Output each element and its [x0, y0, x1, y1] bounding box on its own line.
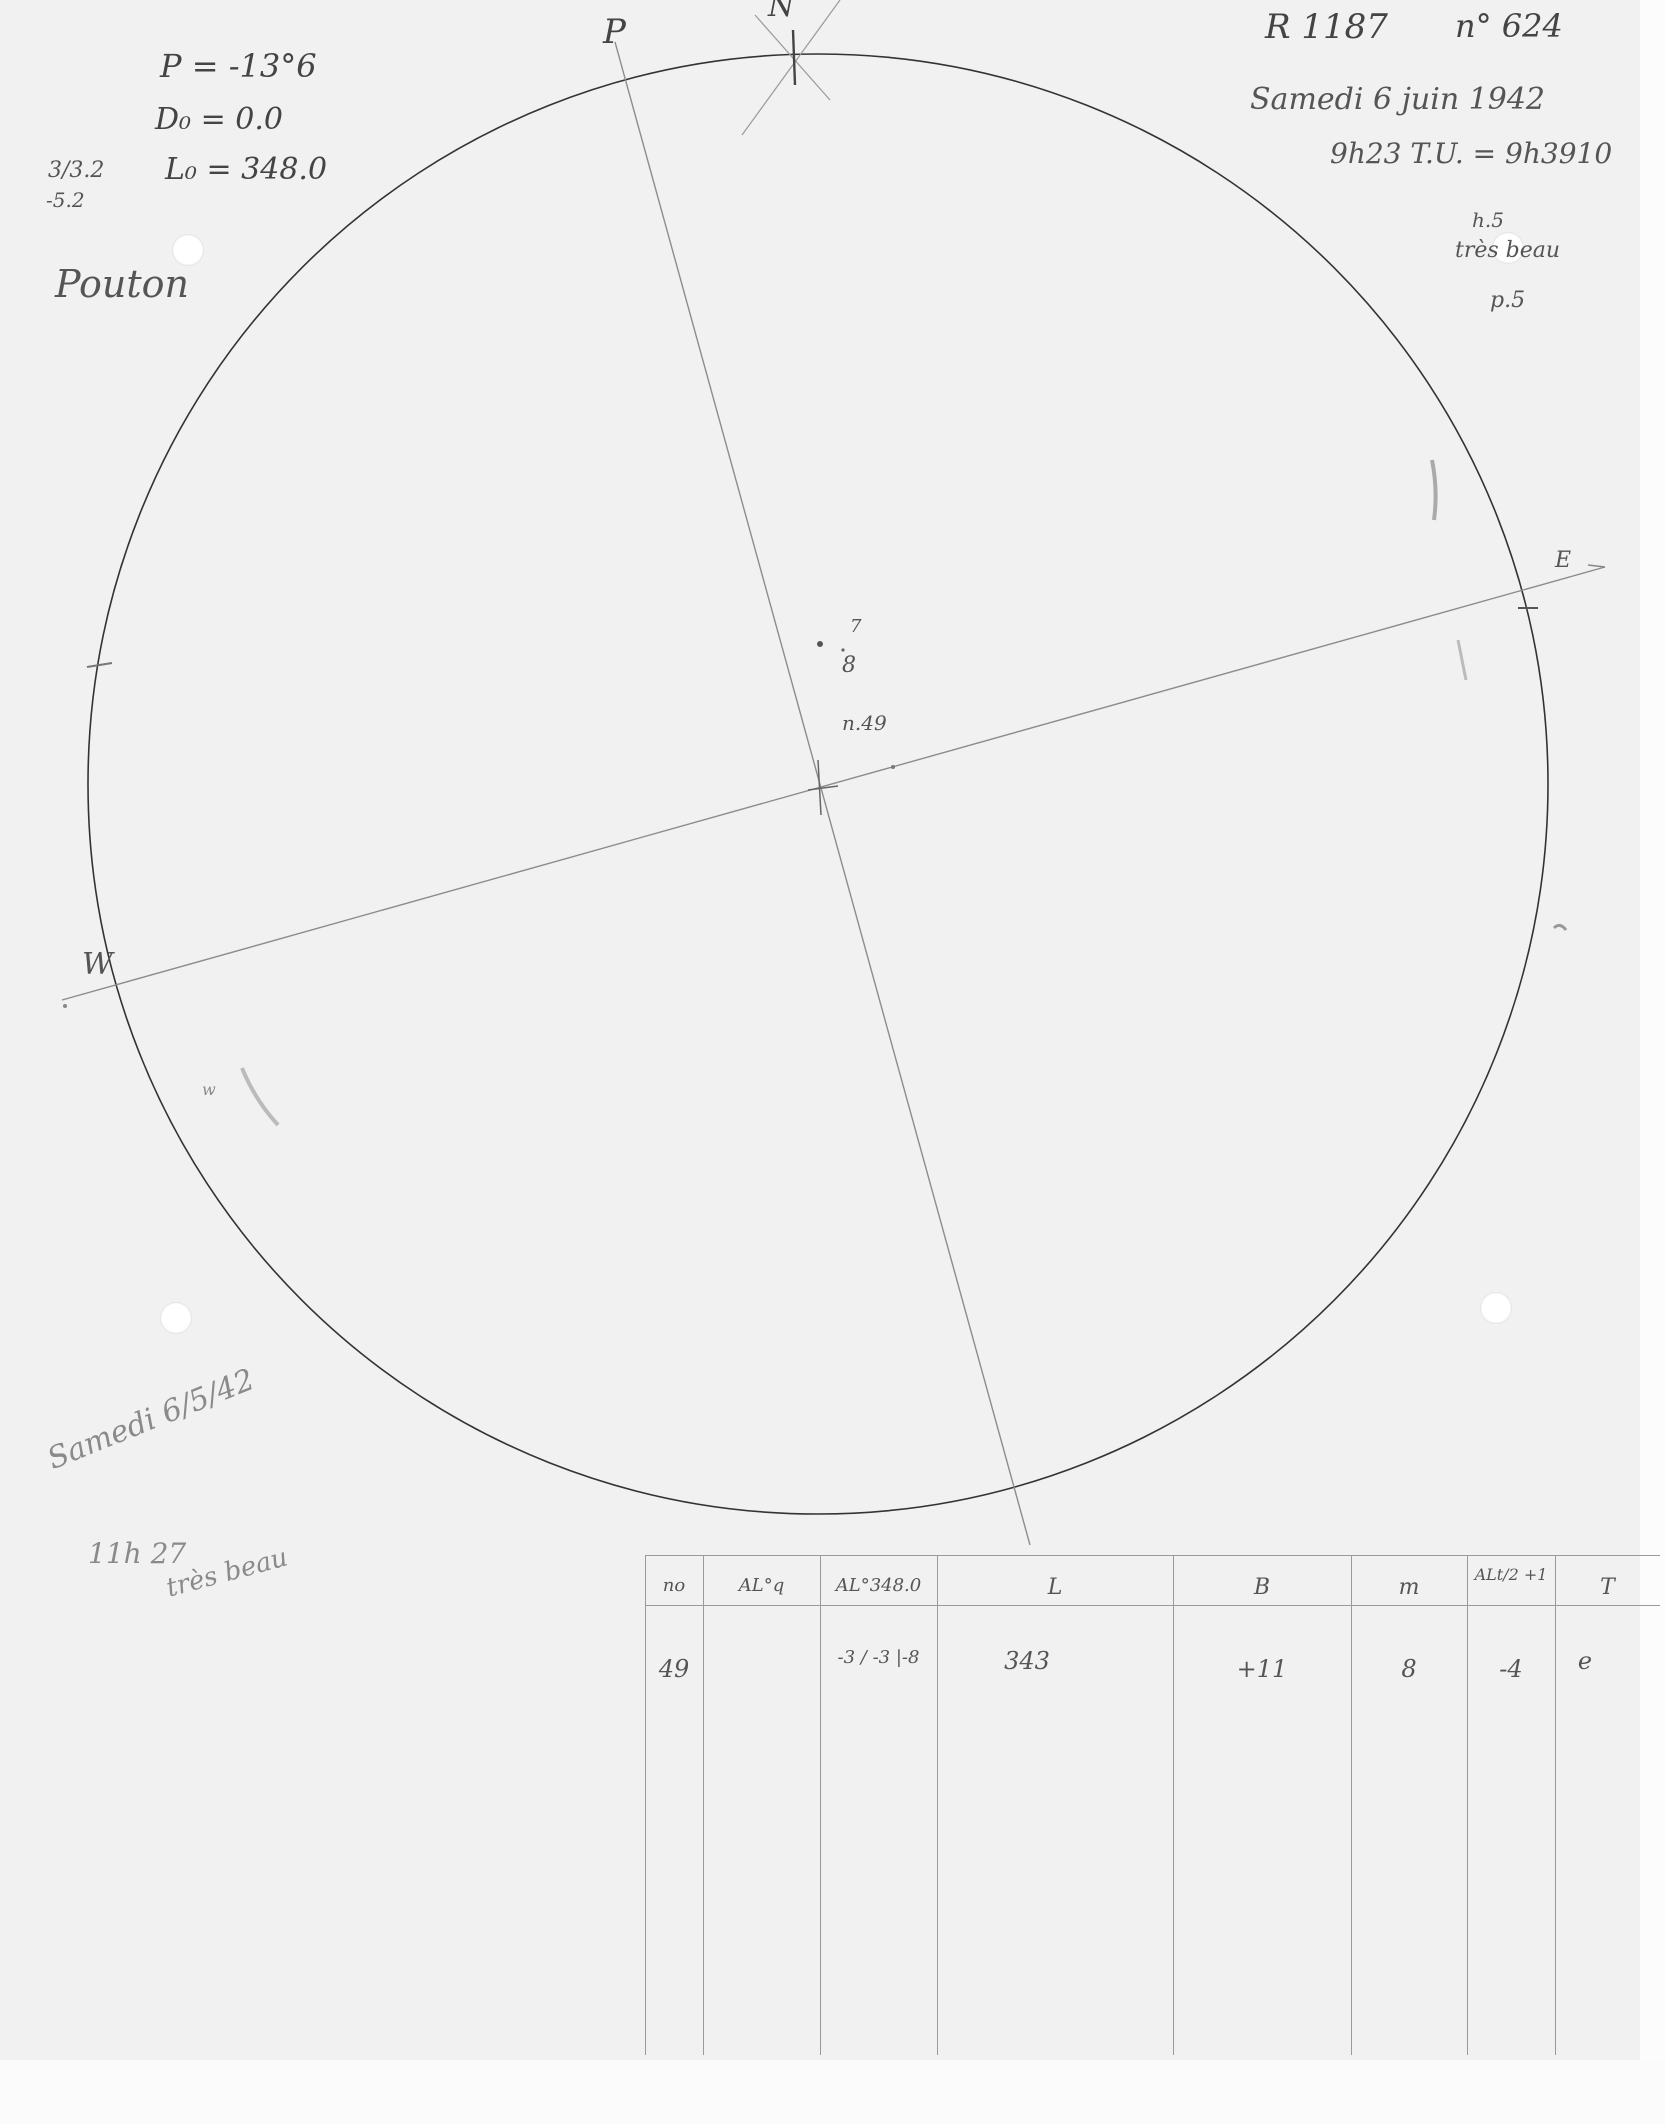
ephemeris-p: P = -13°6: [160, 50, 317, 82]
east-west-axis-line: [62, 567, 1605, 1000]
observer-signature: Pouton: [55, 265, 189, 303]
header-al-348: AL°348.0: [820, 1575, 937, 1596]
spot-label-7: 7: [850, 618, 861, 636]
col-border-1: [703, 1555, 704, 2055]
col-border-4: [1173, 1555, 1174, 2055]
polar-axis-line: [615, 42, 1030, 1545]
header-b: B: [1173, 1575, 1351, 1600]
faculae-west: [242, 1068, 278, 1125]
header-t: T: [1555, 1575, 1660, 1600]
table-top-border: [645, 1555, 1660, 1556]
quality-note-3: p.5: [1490, 290, 1525, 312]
cell-b: +11: [1173, 1655, 1351, 1683]
col-border-7: [1555, 1555, 1556, 2055]
north-label: N: [768, 0, 794, 22]
quality-note-2: très beau: [1455, 240, 1560, 262]
col-border-3: [937, 1555, 938, 2055]
ephemeris-d0: D₀ = 0.0: [155, 105, 283, 135]
sunspot-49: [891, 765, 895, 769]
pole-label: P: [603, 15, 626, 49]
observation-date: Samedi 6 juin 1942: [1250, 85, 1545, 115]
reference-number: R 1187: [1265, 10, 1388, 44]
group-label-49: n.49: [842, 713, 887, 733]
side-calc-2: -5.2: [46, 190, 85, 210]
observation-time: 9h23 T.U. = 9h3910: [1330, 140, 1612, 168]
sunspot-7b: [841, 648, 844, 651]
cell-m: 8: [1351, 1655, 1467, 1683]
east-label: E: [1555, 550, 1571, 572]
quality-note-1: h.5: [1472, 210, 1504, 230]
north-cross-line-a: [755, 15, 830, 100]
cell-al-348: -3 / -3 |-8: [820, 1647, 937, 1668]
faculae-east-upper: [1432, 460, 1436, 520]
west-arrow-tail: [63, 1004, 67, 1008]
cell-t: e: [1555, 1647, 1615, 1675]
faculae-east-lower: [1458, 640, 1466, 680]
col-border-2: [820, 1555, 821, 2055]
header-alt: ALt/2 +1: [1467, 1565, 1555, 1584]
col-border-6: [1467, 1555, 1468, 2055]
ephemeris-l0: L₀ = 348.0: [165, 155, 327, 185]
col-border-0: [645, 1555, 646, 2055]
north-tick: [793, 30, 795, 85]
header-no: no: [645, 1575, 703, 1596]
col-border-5: [1351, 1555, 1352, 2055]
west-limb-tick: [87, 663, 112, 667]
header-l: L: [937, 1575, 1173, 1600]
solar-disk-outline: [88, 54, 1548, 1514]
header-m: m: [1351, 1575, 1467, 1600]
sunspot-7a: [817, 641, 823, 647]
sheet-number: n° 624: [1455, 10, 1563, 42]
west-label: W: [82, 950, 113, 980]
header-al-q: AL°q: [703, 1575, 820, 1596]
cell-l: 343: [937, 1647, 1117, 1675]
cell-no: 49: [645, 1655, 703, 1683]
spot-label-8: 8: [842, 655, 856, 677]
punch-hole-bottom-left: [160, 1302, 192, 1334]
observation-table: no AL°q AL°348.0 L B m ALt/2 +1 T 49 -3 …: [645, 1555, 1660, 2055]
punch-hole-bottom-right: [1480, 1292, 1512, 1324]
side-calc-1: 3/3.2: [48, 160, 104, 182]
faculae-label: w: [202, 1082, 216, 1098]
faculae-east-limb: [1554, 925, 1566, 930]
east-arrow-head: [1588, 565, 1605, 567]
note-time: 11h 27: [88, 1540, 186, 1568]
cell-alt: -4: [1467, 1655, 1555, 1683]
table-header-border: [645, 1605, 1660, 1606]
